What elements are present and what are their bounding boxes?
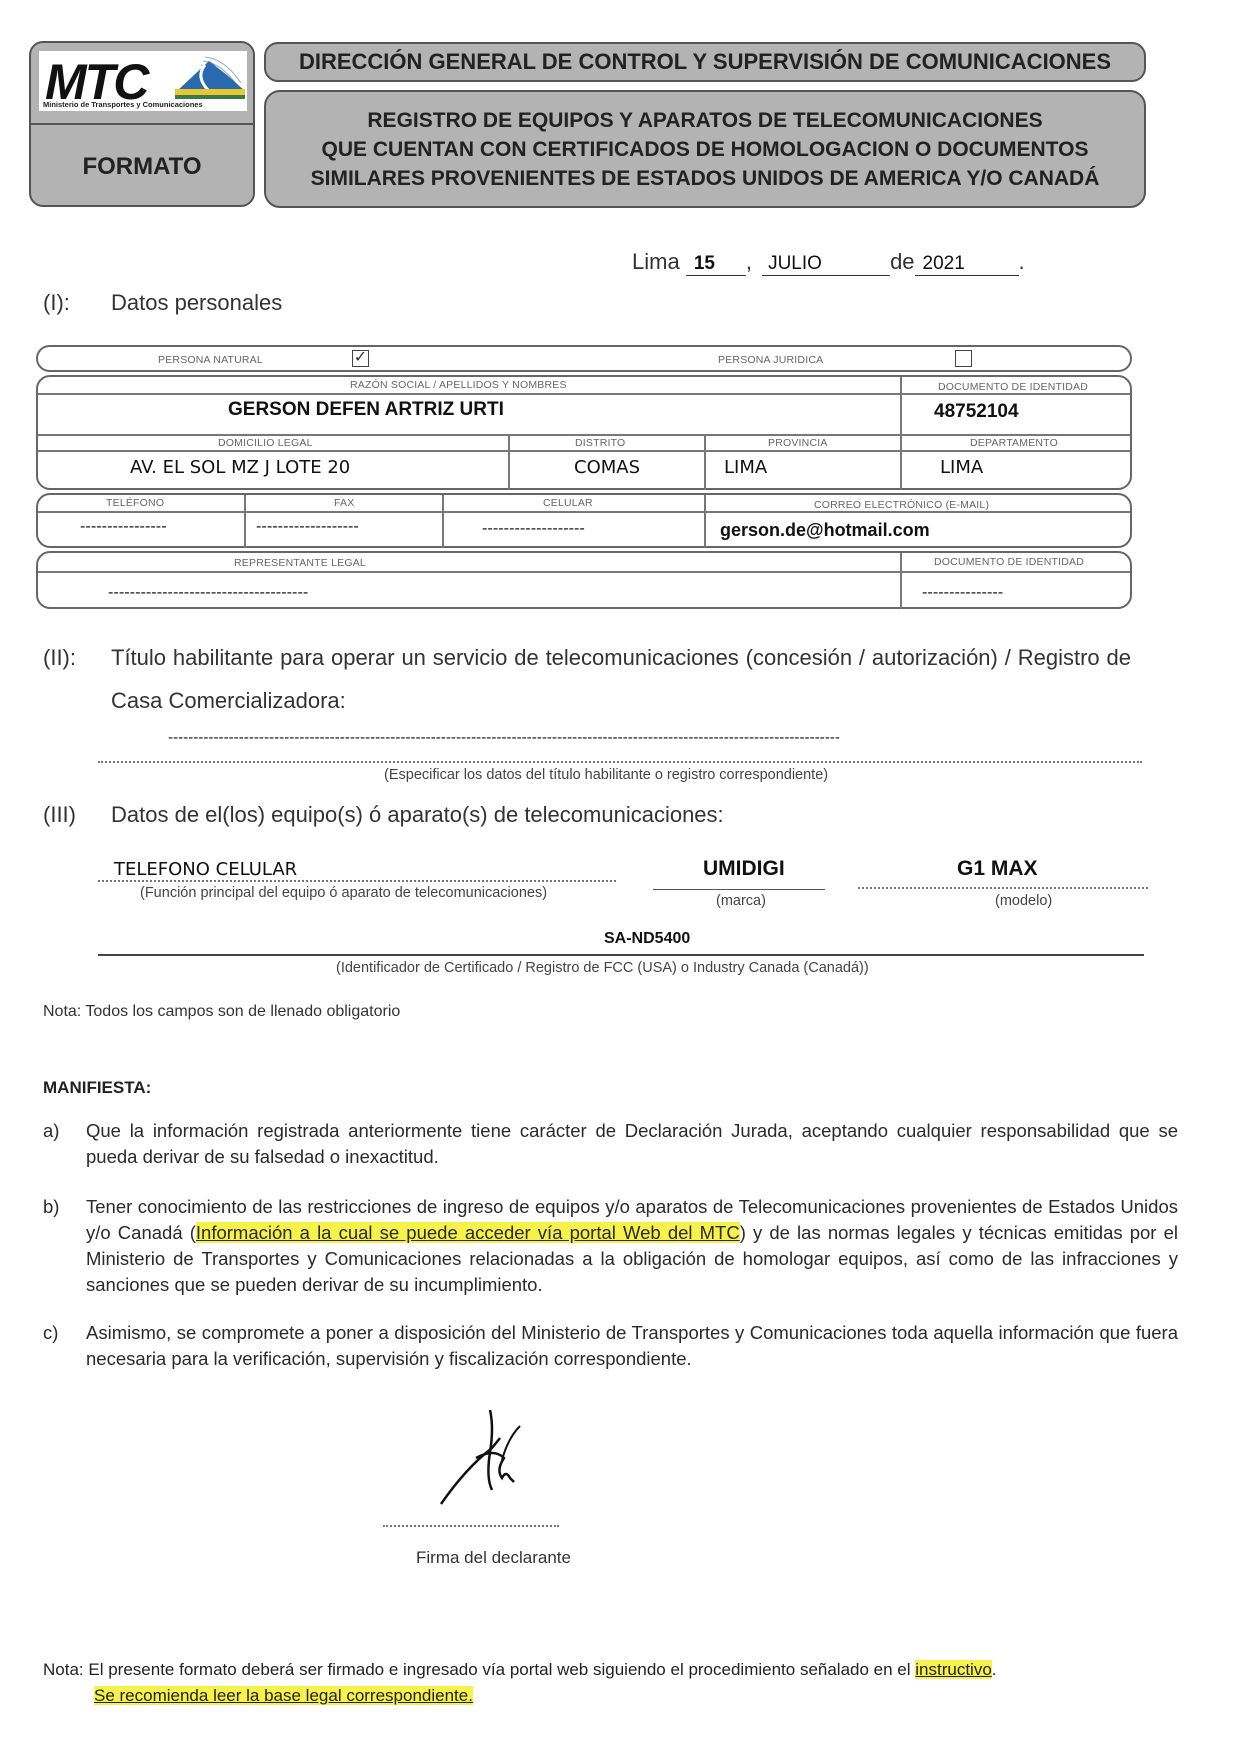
date-de: de <box>890 249 914 274</box>
distrito-value[interactable]: COMAS <box>574 457 640 478</box>
marca-caption: (marca) <box>716 893 766 909</box>
footer-note-line-2: Se recomienda leer la base legal corresp… <box>94 1686 473 1706</box>
divider <box>900 434 902 490</box>
mtc-logo: MTC Ministerio de Transportes y Comunica… <box>39 51 247 111</box>
main-title-line-3: SIMILARES PROVENIENTES DE ESTADOS UNIDOS… <box>311 164 1100 193</box>
titulo-habilitante-line <box>98 761 1142 763</box>
funcion-caption: (Función principal del equipo ó aparato … <box>140 885 547 901</box>
date-month-field[interactable]: JULIO <box>762 253 890 276</box>
documento-identidad-value[interactable]: 48752104 <box>934 401 1019 423</box>
provincia-label: PROVINCIA <box>768 437 828 449</box>
telefono-label: TELÉFONO <box>106 497 164 509</box>
marca-value[interactable]: UMIDIGI <box>703 857 785 881</box>
divider <box>704 434 706 490</box>
header-main-title: REGISTRO DE EQUIPOS Y APARATOS DE TELECO… <box>264 90 1146 208</box>
date-city: Lima <box>632 249 680 274</box>
titulo-habilitante-value[interactable]: ----------------------------------------… <box>168 730 1088 746</box>
razon-social-label: RAZÓN SOCIAL / APELLIDOS Y NOMBRES <box>350 379 567 391</box>
footer-note-period: . <box>992 1660 997 1679</box>
section-3-title: Datos de el(los) equipo(s) ó aparato(s) … <box>111 802 724 828</box>
footer-note-text: El presente formato deberá ser firmado e… <box>88 1660 915 1679</box>
logo-subtitle: Ministerio de Transportes y Comunicacion… <box>43 100 203 109</box>
divider <box>244 495 246 548</box>
persona-juridica-checkbox[interactable] <box>955 350 972 367</box>
date-year-field[interactable]: 2021 <box>915 253 1019 276</box>
divider <box>900 377 902 436</box>
correo-value[interactable]: gerson.de@hotmail.com <box>720 520 930 541</box>
manifiesta-c-letter: c) <box>43 1320 58 1346</box>
persona-type-row: PERSONA NATURAL ✓ PERSONA JURIDICA <box>36 345 1132 372</box>
mtc-mountain-icon <box>175 55 245 99</box>
divider <box>38 393 1130 395</box>
departamento-value[interactable]: LIMA <box>940 457 983 478</box>
domicilio-value[interactable]: AV. EL SOL MZ J LOTE 20 <box>130 457 350 478</box>
representante-block: REPRESENTANTE LEGAL DOCUMENTO DE IDENTID… <box>36 551 1132 609</box>
fax-label: FAX <box>334 497 354 509</box>
date-day-field[interactable]: 15 <box>686 253 746 276</box>
instructivo-link[interactable]: instructivo <box>915 1660 992 1679</box>
modelo-line <box>858 887 1148 889</box>
persona-juridica-label: PERSONA JURIDICA <box>718 354 823 366</box>
divider <box>38 434 1130 436</box>
main-title-line-2: QUE CUENTAN CON CERTIFICADOS DE HOMOLOGA… <box>322 135 1089 164</box>
departamento-label: DEPARTAMENTO <box>970 437 1058 449</box>
rep-documento-value[interactable]: --------------- <box>922 583 1003 601</box>
divider <box>900 553 902 609</box>
razon-social-value[interactable]: GERSON DEFEN ARTRIZ URTI <box>228 399 504 421</box>
representante-label: REPRESENTANTE LEGAL <box>234 557 366 569</box>
section-2-title-line-1: Título habilitante para operar un servic… <box>111 645 1131 671</box>
divider <box>38 571 1130 573</box>
signature-caption: Firma del declarante <box>416 1548 571 1568</box>
signature-line <box>383 1525 559 1527</box>
identity-block: RAZÓN SOCIAL / APELLIDOS Y NOMBRES DOCUM… <box>36 375 1132 490</box>
header-top-title: DIRECCIÓN GENERAL DE CONTROL Y SUPERVISI… <box>264 42 1146 82</box>
persona-natural-label: PERSONA NATURAL <box>158 354 263 366</box>
persona-natural-checkbox[interactable]: ✓ <box>352 350 369 367</box>
identificador-caption: (Identificador de Certificado / Registro… <box>336 960 869 976</box>
manifiesta-title: MANIFIESTA: <box>43 1078 151 1098</box>
section-2-title-line-2: Casa Comercializadora: <box>111 688 346 714</box>
header-logo-panel: MTC Ministerio de Transportes y Comunica… <box>29 41 255 207</box>
manifiesta-a-text: Que la información registrada anteriorme… <box>86 1118 1178 1170</box>
manifiesta-b-text: Tener conocimiento de las restricciones … <box>86 1194 1178 1298</box>
manifiesta-b-letter: b) <box>43 1194 59 1220</box>
distrito-label: DISTRITO <box>575 437 625 449</box>
identificador-line <box>98 954 1144 956</box>
section-1-title: Datos personales <box>111 290 282 316</box>
footer-note-prefix: Nota: <box>43 1660 84 1679</box>
celular-value[interactable]: ------------------- <box>482 519 585 537</box>
identificador-value[interactable]: SA-ND5400 <box>604 930 690 948</box>
footer-note-line-1: Nota: El presente formato deberá ser fir… <box>43 1660 997 1680</box>
rep-documento-label: DOCUMENTO DE IDENTIDAD <box>934 556 1084 568</box>
celular-label: CELULAR <box>543 497 593 509</box>
section-1-number: (I): <box>43 290 70 316</box>
divider <box>704 495 706 548</box>
main-title-line-1: REGISTRO DE EQUIPOS Y APARATOS DE TELECO… <box>367 106 1042 135</box>
titulo-habilitante-caption: (Especificar los datos del título habili… <box>384 767 828 783</box>
section-3-number: (III) <box>43 802 76 828</box>
modelo-value[interactable]: G1 MAX <box>957 857 1038 881</box>
modelo-caption: (modelo) <box>995 893 1052 909</box>
divider <box>38 511 1130 513</box>
provincia-value[interactable]: LIMA <box>724 457 767 478</box>
marca-line <box>653 889 825 890</box>
manifiesta-a-letter: a) <box>43 1118 59 1144</box>
funcion-line <box>98 880 616 882</box>
funcion-value[interactable]: TELEFONO CELULAR <box>114 859 297 880</box>
telefono-value[interactable]: ---------------- <box>80 517 167 535</box>
documento-identidad-label: DOCUMENTO DE IDENTIDAD <box>938 381 1088 393</box>
fax-value[interactable]: ------------------- <box>256 517 359 535</box>
correo-label: CORREO ELECTRÓNICO (E-MAIL) <box>814 499 989 511</box>
date-line: Lima 15, JULIOde2021. <box>632 249 1025 276</box>
base-legal-link[interactable]: Se recomienda leer la base legal corresp… <box>94 1686 473 1705</box>
representante-value[interactable]: ------------------------------------- <box>108 583 308 601</box>
manifiesta-c-text: Asimismo, se compromete a poner a dispos… <box>86 1320 1178 1372</box>
divider <box>508 434 510 490</box>
signature-icon <box>436 1408 536 1508</box>
divider <box>38 450 1130 452</box>
nota-obligatorio: Nota: Todos los campos son de llenado ob… <box>43 1003 400 1021</box>
mtc-portal-link[interactable]: Información a la cual se puede acceder v… <box>196 1222 740 1243</box>
domicilio-label: DOMICILIO LEGAL <box>218 437 313 449</box>
divider <box>442 495 444 548</box>
formato-label: FORMATO <box>31 125 253 207</box>
section-2-number: (II): <box>43 645 76 671</box>
contact-block: TELÉFONO FAX CELULAR CORREO ELECTRÓNICO … <box>36 493 1132 548</box>
